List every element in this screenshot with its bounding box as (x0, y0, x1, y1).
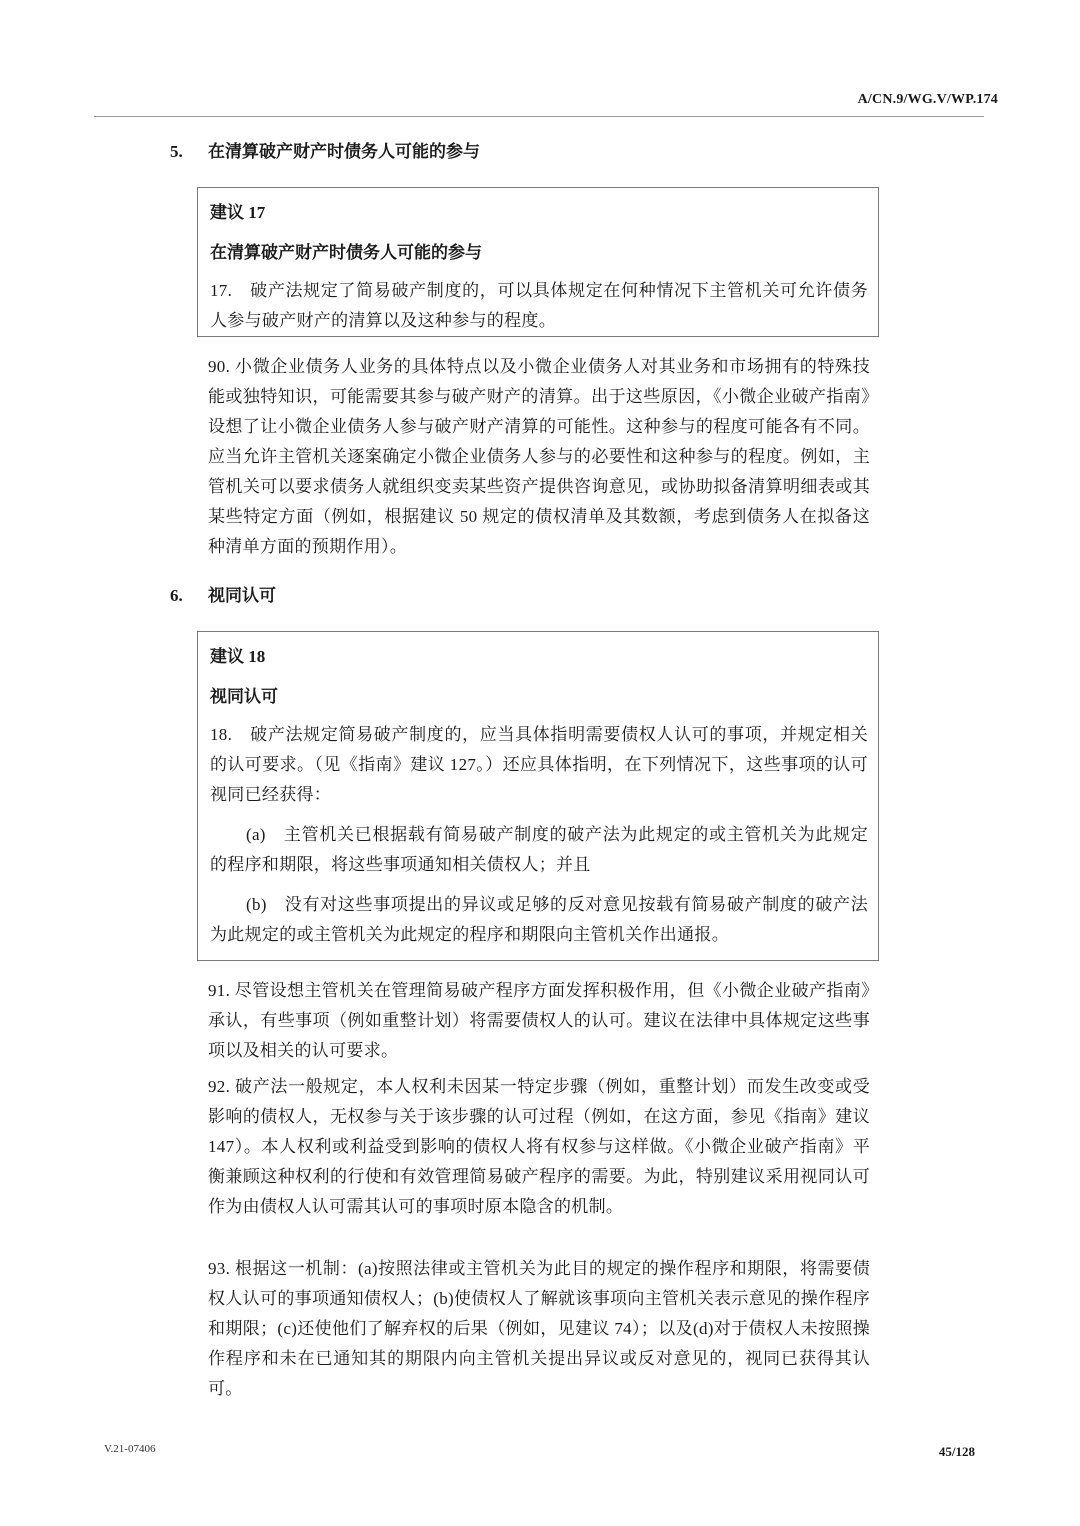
paragraph-91: 91. 尽管设想主管机关在管理简易破产程序方面发挥积极作用，但《小微企业破产指南… (208, 976, 870, 1066)
document-symbol: A/CN.9/WG.V/WP.174 (858, 92, 998, 108)
section-number: 6. (170, 586, 208, 606)
paragraph-92: 92. 破产法一般规定，本人权利未因某一特定步骤（例如，重整计划）而发生改变或受… (208, 1072, 870, 1222)
recommendation-subtitle: 视同认可 (210, 682, 868, 712)
recommendation-label: 建议 17 (210, 198, 868, 228)
section-heading-5: 5.在清算破产财产时债务人可能的参与 (170, 137, 480, 162)
recommendation-text: 17. 破产法规定了简易破产制度的，可以具体规定在何种情况下主管机关可允许债务人… (210, 276, 868, 336)
header-divider (94, 116, 984, 117)
document-number: V.21-07406 (104, 1443, 155, 1455)
section-heading-6: 6.视同认可 (170, 581, 276, 606)
recommendation-item-a: (a) 主管机关已根据载有简易破产制度的破产法为此规定的或主管机关为此规定的程序… (210, 820, 868, 880)
recommendation-box-18: 建议 18 视同认可 18. 破产法规定简易破产制度的，应当具体指明需要债权人认… (197, 631, 879, 961)
paragraph-90: 90. 小微企业债务人业务的具体特点以及小微企业债务人对其业务和市场拥有的特殊技… (208, 352, 870, 562)
recommendation-subtitle: 在清算破产财产时债务人可能的参与 (210, 238, 868, 268)
recommendation-item-b: (b) 没有对这些事项提出的异议或足够的反对意见按载有简易破产制度的破产法为此规… (210, 890, 868, 950)
paragraph-93: 93. 根据这一机制：(a)按照法律或主管机关为此目的规定的操作程序和期限，将需… (208, 1254, 870, 1404)
section-title: 视同认可 (208, 586, 276, 605)
section-title: 在清算破产财产时债务人可能的参与 (208, 142, 480, 161)
section-number: 5. (170, 142, 208, 162)
page-number: 45/128 (939, 1444, 975, 1460)
recommendation-text: 18. 破产法规定简易破产制度的，应当具体指明需要债权人认可的事项，并规定相关的… (210, 720, 868, 810)
recommendation-box-17: 建议 17 在清算破产财产时债务人可能的参与 17. 破产法规定了简易破产制度的… (197, 187, 879, 337)
recommendation-label: 建议 18 (210, 642, 868, 672)
